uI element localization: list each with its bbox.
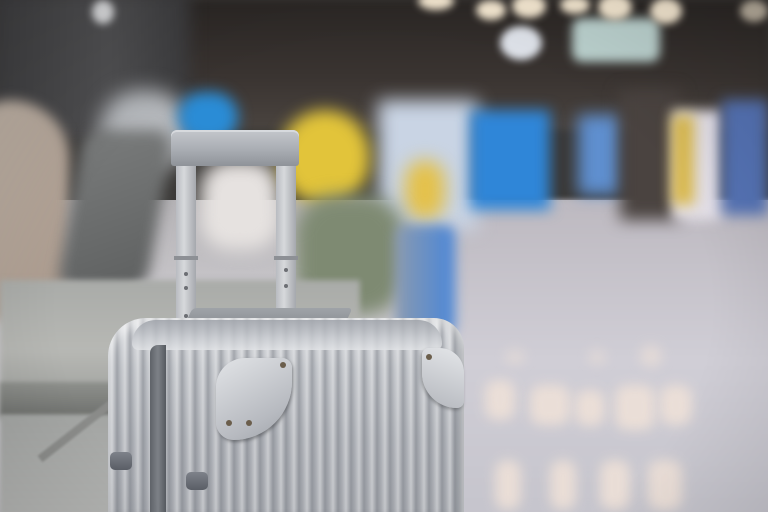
blurred-overhead-sign xyxy=(572,18,660,62)
floor-reflection xyxy=(550,460,576,510)
suitcase xyxy=(108,130,464,512)
handle-rod-right xyxy=(276,164,296,332)
floor-reflection xyxy=(660,385,692,425)
rivet xyxy=(226,420,232,426)
bokeh-light xyxy=(500,26,542,60)
bokeh-light xyxy=(740,0,768,22)
floor-reflection xyxy=(640,345,662,367)
floor-reflection xyxy=(575,390,605,426)
handle-rod-left xyxy=(176,164,196,332)
rivet xyxy=(280,362,286,368)
floor-reflection xyxy=(485,380,515,420)
blurred-pillar-stripe xyxy=(672,115,694,205)
rod-hole xyxy=(284,284,288,288)
floor-reflection xyxy=(615,385,655,430)
blurred-doorway xyxy=(620,90,680,220)
zipper-seam xyxy=(150,345,166,512)
blurred-pillar-blue xyxy=(722,100,768,215)
floor-reflection xyxy=(505,350,525,364)
suitcase-foot xyxy=(186,472,208,490)
airport-photo: Silver aluminum ribbed carry-on suitcase… xyxy=(0,0,768,512)
bokeh-light xyxy=(92,0,114,24)
rod-band xyxy=(174,256,198,260)
rod-hole xyxy=(184,286,188,290)
suitcase-foot xyxy=(110,452,132,470)
floor-reflection xyxy=(530,385,570,425)
rivet xyxy=(246,420,252,426)
rod-band xyxy=(274,256,298,260)
floor-reflection xyxy=(495,460,521,510)
blurred-blue-sign xyxy=(578,115,623,195)
rod-hole xyxy=(284,268,288,272)
blurred-blue-sign xyxy=(470,110,550,210)
bokeh-light xyxy=(476,0,506,20)
rod-hole xyxy=(184,272,188,276)
floor-reflection xyxy=(648,460,682,510)
floor-reflection xyxy=(600,460,630,510)
suitcase-top-edge xyxy=(132,320,442,350)
floor-reflection xyxy=(588,350,606,364)
rivet xyxy=(426,354,432,360)
telescopic-handle-grip xyxy=(171,130,299,166)
